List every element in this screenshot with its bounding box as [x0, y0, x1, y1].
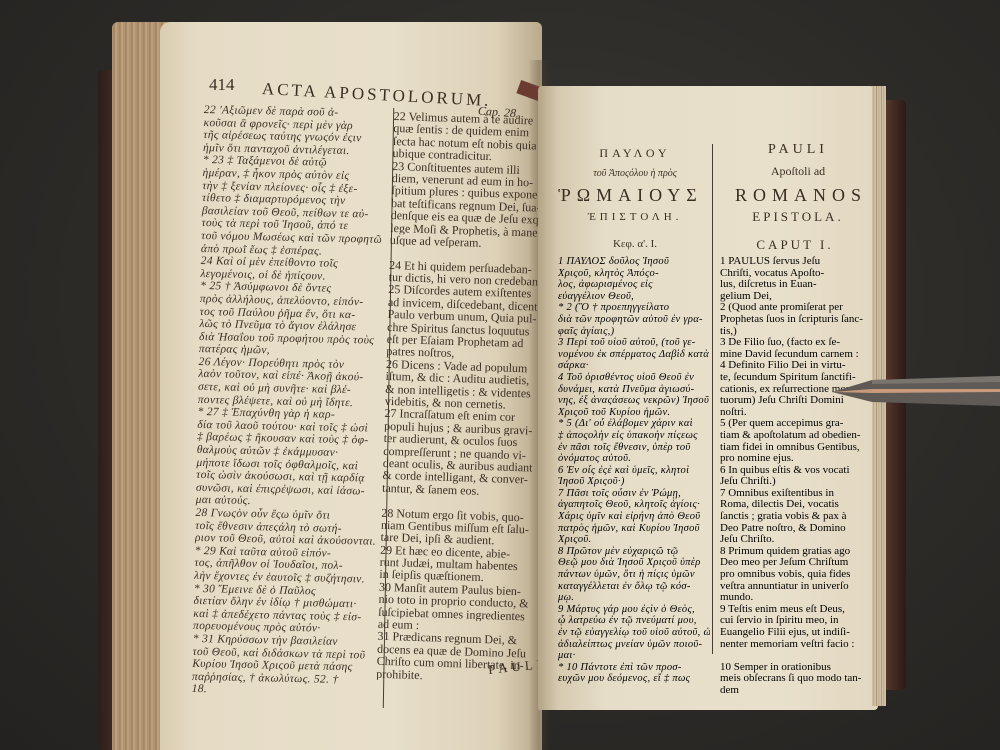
text-line: tiam & apoſtolatum ad obedien-: [720, 430, 880, 442]
text-line: 3 De Filio ſuo, (facto ex ſe-: [720, 337, 880, 349]
text-line: 9 Teſtis enim meus eſt Deus,: [720, 604, 880, 616]
text-line: Χάρις ὑμῖν καὶ εἰρήνη ἀπὸ Θεοῦ: [558, 511, 710, 523]
text-line: 7 Omnibus exiſtentibus in: [720, 488, 880, 500]
column-divider-right: [712, 144, 713, 654]
greek-title-line4: ἘΠΙΣΤΟΛΗ.: [560, 212, 710, 223]
text-line: 7 Πᾶσι τοῖς οὖσιν ἐν Ῥώμῃ,: [558, 488, 710, 500]
text-line: λος, ἀφωρισμένος εἰς: [558, 279, 710, 291]
text-line: dem: [720, 685, 880, 697]
text-line: φαῖς ἁγίαις,): [558, 326, 710, 338]
latin-title-line3: ROMANOS: [716, 186, 886, 204]
text-line: * 10 Πάντοτε ἐπὶ τῶν προσ-: [558, 662, 710, 674]
text-line: tiam fidei in omnibus Gentibus,: [720, 442, 880, 454]
left-greek-column: 22 'Αξιῶμεν δὲ παρὰ σοῦ ἀ-κοῦσαι ἃ φρονε…: [192, 104, 384, 700]
text-line: [720, 650, 880, 662]
text-line: εὐαγγέλιον Θεοῦ,: [558, 291, 710, 303]
text-line: δυνάμει, κατὰ Πνεῦμα ἁγιωσύ-: [558, 384, 710, 396]
text-line: veſtra annuntiatur in univerſo: [720, 581, 880, 593]
greek-title-line3: ῬΩΜΑΙΟΥΣ: [548, 186, 713, 204]
text-line: νης, ἐξ ἀναςάσεως νεκρῶν) Ἰησοῦ: [558, 395, 710, 407]
latin-title-line2: Apoſtoli ad: [718, 165, 878, 177]
text-line: meis obſecrans ſi quo modo tan-: [720, 673, 880, 685]
text-line: ἐν τῷ εὐαγγελίῳ τοῦ υἱοῦ αὐτοῦ, ὡς: [558, 627, 710, 639]
text-line: μαι·: [558, 650, 710, 662]
text-line: Ἰησοῦ Χριςοῦ·): [558, 476, 710, 488]
text-line: 1 ΠΑΥΛΟΣ δοῦλος Ἰησοῦ: [558, 256, 710, 268]
text-line: Θεῷ μου διὰ Ἰησοῦ Χριςοῦ ὑπὲρ: [558, 557, 710, 569]
text-line: Χριςοῦ τοῦ Κυρίου ἡμῶν.: [558, 407, 710, 419]
text-line: 10 Semper in orationibus: [720, 662, 880, 674]
text-line: ευχῶν μου δεόμενος, εἴ ‡ πως: [558, 673, 710, 685]
text-line: * 2 (Ὃ † προεπηγγείλατο: [558, 302, 710, 314]
right-latin-column: 1 PAULUS ſervus JeſuChriſti, vocatus Apo…: [720, 256, 880, 697]
text-line: Roma, dilectis Dei, vocatis: [720, 499, 880, 511]
text-line: 4 Definito Filio Dei in virtu-: [720, 360, 880, 372]
text-line: 3 Περὶ τοῦ υἱοῦ αὐτοῦ, (τοῦ γε-: [558, 337, 710, 349]
text-line: cui ſervio in ſpiritu meo, in: [720, 615, 880, 627]
greek-title-line1: ΠΑΥΛΟΥ: [560, 147, 710, 159]
right-greek-column: 1 ΠΑΥΛΟΣ δοῦλος ἸησοῦΧριςοῦ, κλητὸς Ἀπός…: [558, 256, 710, 685]
greek-title-line2: τοῦ Ἀποςόλου ἡ πρὸς: [560, 169, 710, 179]
text-line: Χριςοῦ.: [558, 534, 710, 546]
latin-title-line1: PAULI: [718, 143, 878, 157]
text-line: πάντων ὑμῶν, ὅτι ἡ πίςις ὑμῶν: [558, 569, 710, 581]
latin-title-line4: EPISTOLA.: [718, 210, 878, 223]
text-line: 4 Τοῦ ὁρισθέντος υἱοῦ Θεοῦ ἐν: [558, 372, 710, 384]
text-line: μῳ.: [558, 592, 710, 604]
text-line: ‡ ἀποςολὴν εἰς ὑπακοὴν πίςεως: [558, 430, 710, 442]
text-line: Deo meo per Jeſum Chriſtum: [720, 557, 880, 569]
text-line: pro omnibus vobis, quia fides: [720, 569, 880, 581]
text-line: tis,): [720, 326, 880, 338]
text-line: 5 (Per quem accepimus gra-: [720, 418, 880, 430]
text-line: ἐν πᾶσι τοῖς ἔθνεσιν, ὑπὲρ τοῦ: [558, 442, 710, 454]
text-line: καταγγέλλεται ἐν ὅλῳ τῷ κόσ-: [558, 581, 710, 593]
text-line: πατρὸς ἡμῶν, καὶ Κυρίου Ἰησοῦ: [558, 523, 710, 535]
text-line: 1 PAULUS ſervus Jeſu: [720, 256, 880, 268]
text-line: * 5 (Δι' οὗ ἐλάβομεν χάριν καὶ: [558, 418, 710, 430]
text-line: mine David ſecundum carnem :: [720, 349, 880, 361]
text-line: Jeſu Chriſto.: [720, 534, 880, 546]
text-line: Χριςοῦ, κλητὸς Ἀπόςο-: [558, 268, 710, 280]
text-line: pro nomine ejus.: [720, 453, 880, 465]
text-line: Prophetas ſuos in ſcripturis ſanc-: [720, 314, 880, 326]
text-line: Euangelio Filii ejus, ut indiſi-: [720, 627, 880, 639]
text-line: νομένου ἐκ σπέρματος Δαβὶδ κατὰ: [558, 349, 710, 361]
text-line: ὀνόματος αὐτοῦ.: [558, 453, 710, 465]
left-latin-column: 22 Velimus autem à te audirequæ ſentis :…: [376, 110, 544, 684]
latin-chapter-heading: CAPUT I.: [720, 238, 870, 251]
text-line: Chriſti, vocatus Apoſto-: [720, 268, 880, 280]
text-line: nenter memoriam veſtri facio :: [720, 639, 880, 651]
blade-pointer: [832, 372, 1000, 412]
text-line: ſanctis ; gratia vobis & pax à: [720, 511, 880, 523]
page-number: 414: [209, 76, 235, 93]
text-line: mundo.: [720, 592, 880, 604]
text-line: διὰ τῶν προφητῶν αὐτοῦ ἐν γρα-: [558, 314, 710, 326]
text-line: lus, diſcretus in Euan-: [720, 279, 880, 291]
text-line: 6 Ἐν οἷς ἐςὲ καὶ ὑμεῖς, κλητοὶ: [558, 465, 710, 477]
text-line: ἀγαπητοῖς Θεοῦ, κλητοῖς ἁγίοις·: [558, 499, 710, 511]
text-line: σάρκα·: [558, 360, 710, 372]
text-line: gelium Dei,: [720, 291, 880, 303]
text-line: 2 (Quod ante promiſerat per: [720, 302, 880, 314]
text-line: ἀδιαλείπτως μνείαν ὑμῶν ποιοῦ-: [558, 639, 710, 651]
text-line: 6 In quibus eſtis & vos vocati: [720, 465, 880, 477]
text-line: Jeſu Chriſti.): [720, 476, 880, 488]
text-line: 8 Πρῶτον μὲν εὐχαριςῶ τῷ: [558, 546, 710, 558]
greek-chapter-heading: Κεφ. α'. I.: [560, 239, 710, 250]
text-line: 9 Μάρτυς γάρ μου ἐςὶν ὁ Θεὸς,: [558, 604, 710, 616]
text-line: ᾧ λατρεύω ἐν τῷ πνεύματί μου,: [558, 615, 710, 627]
text-line: Deo Patre noſtro, & Domino: [720, 523, 880, 535]
text-line: 8 Primum quidem gratias ago: [720, 546, 880, 558]
